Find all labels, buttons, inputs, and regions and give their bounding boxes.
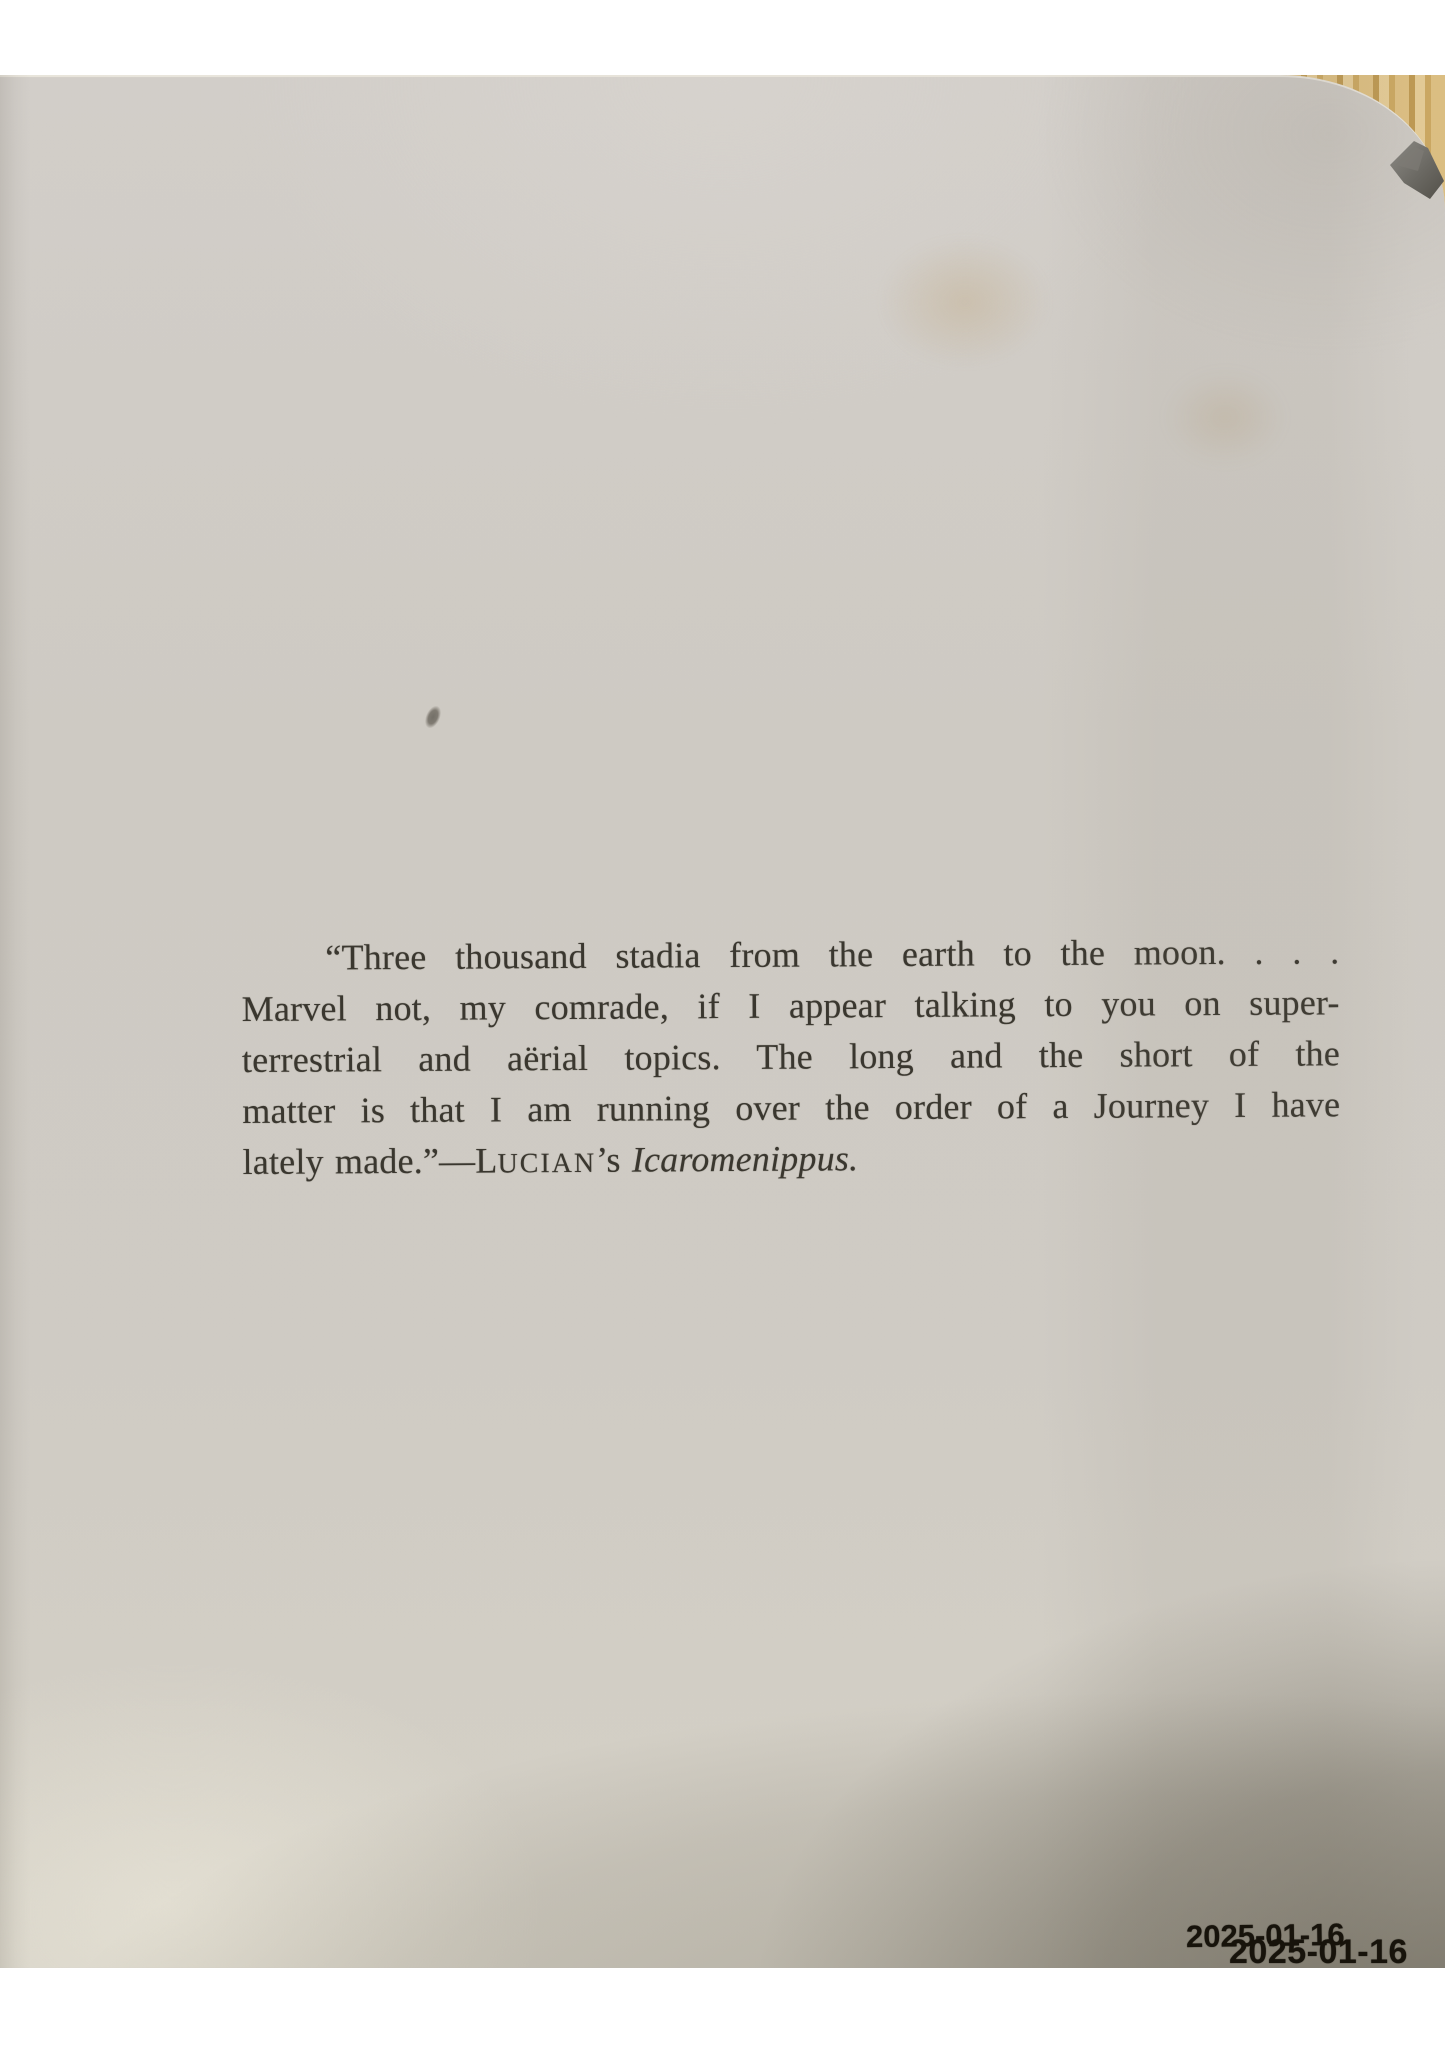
attribution-lead: lately made.”— (242, 1141, 475, 1182)
quote-line-1: “Three thousand stadia from the earth to… (241, 926, 1339, 984)
quotation-block: “Three thousand stadia from the earth to… (241, 926, 1341, 1191)
paper-stain-small (1165, 370, 1285, 465)
work-title: Icaromenippus. (632, 1138, 859, 1179)
bottom-white-margin (0, 1968, 1445, 2045)
author-initial: L (475, 1140, 497, 1180)
paper-stain-large (880, 237, 1050, 367)
date-stamp-bottom: 2025-01-16 (1229, 1933, 1408, 1968)
attribution-line: lately made.”—LUCIAN’s Icaromenippus. (242, 1130, 1340, 1191)
book-page-photo: “Three thousand stadia from the earth to… (0, 75, 1445, 1968)
metal-clip (1390, 141, 1444, 199)
quote-line-3: terrestrial and aërial topics. The long … (242, 1028, 1340, 1086)
author-name-smallcaps: UCIAN (497, 1148, 596, 1180)
quote-line-2: Marvel not, my comrade, if I appear talk… (242, 977, 1340, 1035)
author-possessive: ’s (596, 1140, 632, 1180)
quote-line-4: matter is that I am running over the ord… (242, 1079, 1340, 1137)
top-white-margin (0, 0, 1445, 75)
metal-clip-shape (1390, 141, 1444, 199)
